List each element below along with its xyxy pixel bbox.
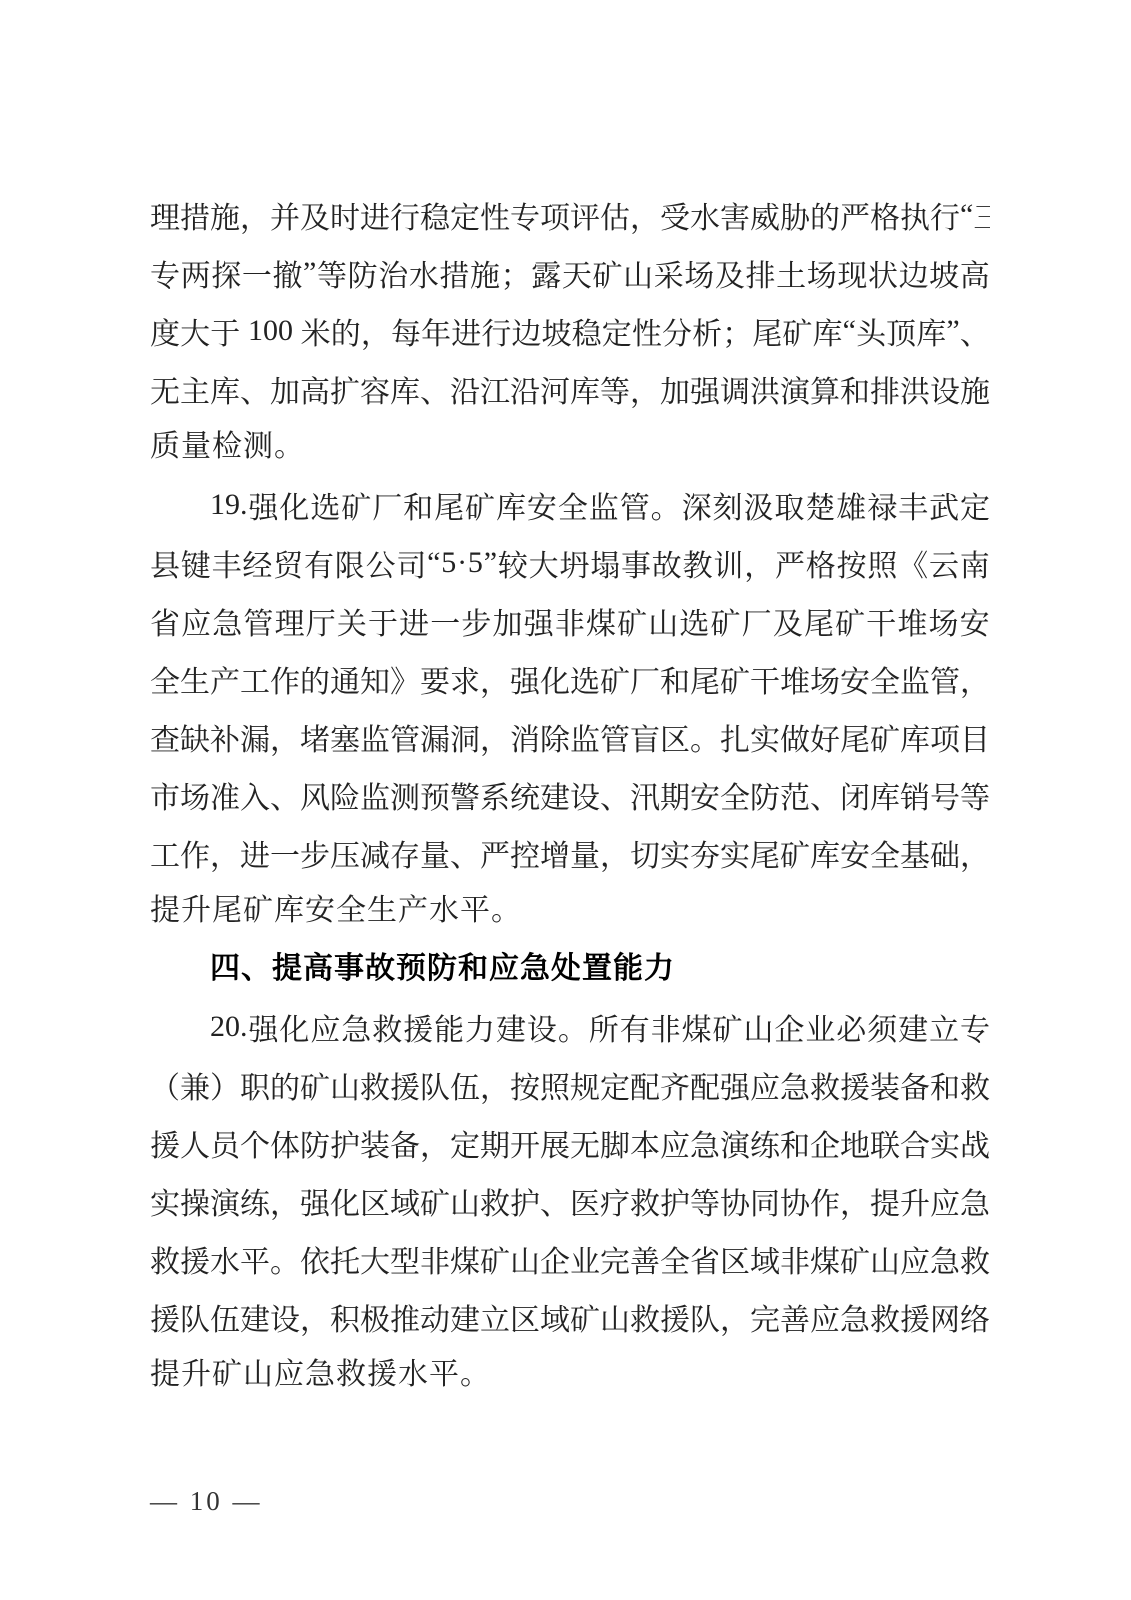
text-line: 19.强化选矿厂和尾矿库安全监管。深刻汲取楚雄禄丰武定 [150, 476, 990, 534]
text-line: 20.强化应急救援能力建设。所有非煤矿山企业必须建立专 [150, 998, 990, 1056]
text-line: 度大于 100 米的，每年进行边坡稳定性分析；尾矿库“头顶库”、 [150, 302, 990, 360]
text-line: 援人员个体防护装备，定期开展无脚本应急演练和企地联合实战 [150, 1114, 990, 1172]
text-line: 理措施，并及时进行稳定性专项评估，受水害威胁的严格执行“三 [150, 186, 990, 244]
text-line: 省应急管理厅关于进一步加强非煤矿山选矿厂及尾矿干堆场安 [150, 592, 990, 650]
text-line: 市场准入、风险监测预警系统建设、汛期安全防范、闭库销号等 [150, 766, 990, 824]
text-line: 无主库、加高扩容库、沿江沿河库等，加强调洪演算和排洪设施 [150, 360, 990, 418]
document-blocks: 理措施，并及时进行稳定性专项评估，受水害威胁的严格执行“三专两探一撤”等防治水措… [150, 186, 990, 1404]
text-line: 救援水平。依托大型非煤矿山企业完善全省区域非煤矿山应急救 [150, 1230, 990, 1288]
text-line: 质量检测。 [150, 418, 990, 476]
paragraph-block: 19.强化选矿厂和尾矿库安全监管。深刻汲取楚雄禄丰武定县键丰经贸有限公司“5·5… [150, 476, 990, 940]
document-page: 理措施，并及时进行稳定性专项评估，受水害威胁的严格执行“三专两探一撤”等防治水措… [0, 0, 1131, 1600]
paragraph-block: 20.强化应急救援能力建设。所有非煤矿山企业必须建立专（兼）职的矿山救援队伍，按… [150, 998, 990, 1404]
text-line: 提升尾矿库安全生产水平。 [150, 882, 990, 940]
text-line: 工作，进一步压减存量、严控增量，切实夯实尾矿库安全基础， [150, 824, 990, 882]
text-line: 援队伍建设，积极推动建立区域矿山救援队，完善应急救援网络。 [150, 1288, 990, 1346]
section-heading: 四、提高事故预防和应急处置能力 [150, 940, 990, 998]
text-line: 查缺补漏，堵塞监管漏洞，消除监管盲区。扎实做好尾矿库项目 [150, 708, 990, 766]
text-line: 专两探一撤”等防治水措施；露天矿山采场及排土场现状边坡高 [150, 244, 990, 302]
text-line: （兼）职的矿山救援队伍，按照规定配齐配强应急救援装备和救 [150, 1056, 990, 1114]
page-number-footer: — 10 — [150, 1486, 263, 1516]
text-line: 提升矿山应急救援水平。 [150, 1346, 990, 1404]
paragraph-block: 理措施，并及时进行稳定性专项评估，受水害威胁的严格执行“三专两探一撤”等防治水措… [150, 186, 990, 476]
text-line: 实操演练，强化区域矿山救护、医疗救护等协同协作，提升应急 [150, 1172, 990, 1230]
text-line: 县键丰经贸有限公司“5·5”较大坍塌事故教训，严格按照《云南 [150, 534, 990, 592]
section-heading-block: 四、提高事故预防和应急处置能力 [150, 940, 990, 998]
text-line: 全生产工作的通知》要求，强化选矿厂和尾矿干堆场安全监管， [150, 650, 990, 708]
